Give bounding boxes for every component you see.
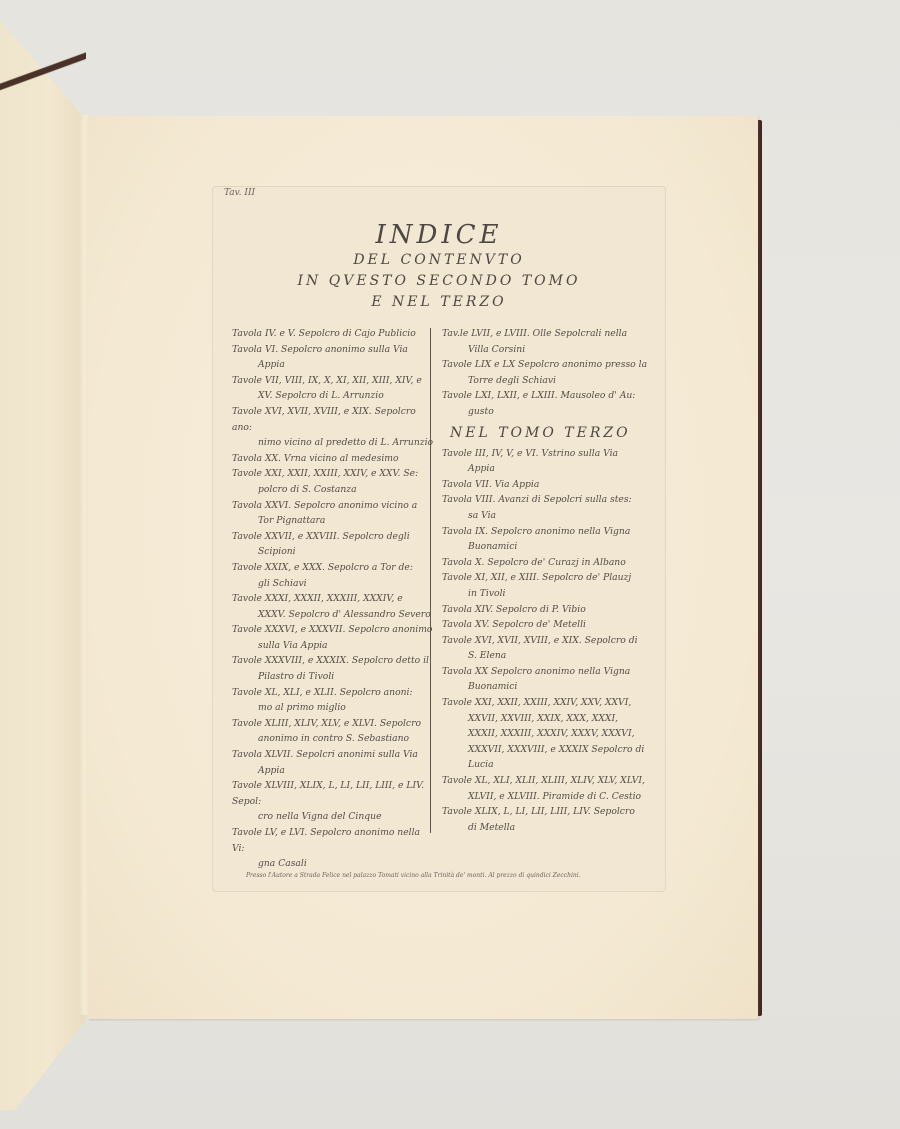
index-entry: Tavole XVI, XVII, XVIII, e XIX. Sepolcro… bbox=[442, 633, 657, 664]
entry-line: Tavole XVI, XVII, XVIII, e XIX. Sepolcro… bbox=[232, 406, 416, 433]
left-column: Tavola IV. e V. Sepolcro di Cajo Publici… bbox=[232, 326, 434, 872]
index-entry: Tavola XIV. Sepolcro di P. Vibio bbox=[442, 602, 657, 618]
index-entry: Tavole XVI, XVII, XVIII, e XIX. Sepolcro… bbox=[232, 404, 434, 451]
entry-continuation: XXXVII, XXXVIII, e XXXIX Sepolcro di Luc… bbox=[442, 742, 657, 773]
index-entry: Tavole XXXI, XXXII, XXXIII, XXXIV, eXXXV… bbox=[232, 591, 434, 622]
index-entry: Tavole XLIX, L, LI, LII, LIII, LIV. Sepo… bbox=[442, 804, 657, 835]
entry-continuation: gna Casali bbox=[232, 856, 434, 872]
section-heading-tomo-terzo: NEL TOMO TERZO bbox=[450, 422, 657, 444]
subtitle-line-2: IN QVESTO SECONDO TOMO bbox=[212, 271, 666, 292]
index-entry: Tavola VIII. Avanzi di Sepolcri sulla st… bbox=[442, 492, 657, 523]
entry-line: Tavole XL, XLI, XLII, XLIII, XLIV, XLV, … bbox=[442, 775, 645, 786]
entry-continuation: mo al primo miglio bbox=[232, 700, 434, 716]
entry-continuation: anonimo in contro S. Sebastiano bbox=[232, 731, 434, 747]
index-entry: Tavole XL, XLI, XLII, XLIII, XLIV, XLV, … bbox=[442, 773, 657, 804]
entry-line: Tavole XVI, XVII, XVIII, e XIX. Sepolcro… bbox=[442, 635, 638, 646]
entry-line: Tavole XXXI, XXXII, XXXIII, XXXIV, e bbox=[232, 593, 403, 604]
entry-continuation: cro nella Vigna del Cinque bbox=[232, 809, 434, 825]
entry-line: Tavola XV. Sepolcro de' Metelli bbox=[442, 619, 586, 630]
subtitle-line-3: E NEL TERZO bbox=[212, 292, 666, 313]
engraved-plate: Tav. III INDICE DEL CONTENVTO IN QVESTO … bbox=[212, 186, 666, 892]
index-entry: Tavola IX. Sepolcro anonimo nella VignaB… bbox=[442, 524, 657, 555]
left-page-curl bbox=[0, 20, 86, 1110]
entry-continuation: XXXII, XXXIII, XXXIV, XXXV, XXXVI, bbox=[442, 726, 657, 742]
entry-line: Tavola XXVI. Sepolcro anonimo vicino a bbox=[232, 500, 417, 511]
index-entry: Tavole LIX e LX Sepolcro anonimo presso … bbox=[442, 357, 657, 388]
entry-line: Tavole VII, VIII, IX, X, XI, XII, XIII, … bbox=[232, 375, 422, 386]
entry-line: Tavola VIII. Avanzi di Sepolcri sulla st… bbox=[442, 494, 632, 505]
entry-line: Tavola XLVII. Sepolcri anonimi sulla Via bbox=[232, 749, 418, 760]
entry-continuation: in Tivoli bbox=[442, 586, 657, 602]
entry-continuation: XXXV. Sepolcro d' Alessandro Severo bbox=[232, 607, 434, 623]
entry-line: Tavole XI, XII, e XIII. Sepolcro de' Pla… bbox=[442, 572, 631, 583]
entry-continuation: Scipioni bbox=[232, 544, 434, 560]
index-entry: Tav.le LVII, e LVIII. Olle Sepolcrali ne… bbox=[442, 326, 657, 357]
index-entry: Tavola VI. Sepolcro anonimo sulla ViaApp… bbox=[232, 342, 434, 373]
entry-continuation: sulla Via Appia bbox=[232, 638, 434, 654]
entry-line: Tav.le LVII, e LVIII. Olle Sepolcrali ne… bbox=[442, 328, 627, 339]
entry-line: Tavole XXVII, e XXVIII. Sepolcro degli bbox=[232, 531, 410, 542]
index-entry: Tavole LV, e LVI. Sepolcro anonimo nella… bbox=[232, 825, 434, 872]
index-title: INDICE bbox=[212, 220, 666, 250]
index-entry: Tavole XLIII, XLIV, XLV, e XLVI. Sepolcr… bbox=[232, 716, 434, 747]
entry-line: Tavole XXXVI, e XXXVII. Sepolcro anonimo bbox=[232, 624, 432, 635]
entry-line: Tavole XXI, XXII, XXIII, XXIV, XXV, XXVI… bbox=[442, 697, 631, 708]
plate-number: Tav. III bbox=[224, 188, 255, 198]
index-entry: Tavola XV. Sepolcro de' Metelli bbox=[442, 617, 657, 633]
entry-line: Tavole LXI, LXII, e LXIII. Mausoleo d' A… bbox=[442, 390, 635, 401]
entry-line: Tavola XIV. Sepolcro di P. Vibio bbox=[442, 604, 586, 615]
entry-line: Tavola VII. Via Appia bbox=[442, 479, 539, 490]
entry-continuation: XXVII, XXVIII, XXIX, XXX, XXXI, bbox=[442, 711, 657, 727]
entry-continuation: Tor Pignattara bbox=[232, 513, 434, 529]
index-entry: Tavole XXXVI, e XXXVII. Sepolcro anonimo… bbox=[232, 622, 434, 653]
index-entry: Tavole XXIX, e XXX. Sepolcro a Tor de:gl… bbox=[232, 560, 434, 591]
index-entry: Tavola XX Sepolcro anonimo nella VignaBu… bbox=[442, 664, 657, 695]
index-entry: Tavole XXI, XXII, XXIII, XXIV, XXV, XXVI… bbox=[442, 695, 657, 773]
entry-line: Tavole XLIII, XLIV, XLV, e XLVI. Sepolcr… bbox=[232, 718, 421, 729]
entry-line: Tavole XXXVIII, e XXXIX. Sepolcro detto … bbox=[232, 655, 429, 666]
entry-line: Tavole XL, XLI, e XLII. Sepolcro anoni: bbox=[232, 687, 413, 698]
entry-line: Tavole LV, e LVI. Sepolcro anonimo nella… bbox=[232, 827, 420, 854]
index-entry: Tavole XL, XLI, e XLII. Sepolcro anoni:m… bbox=[232, 685, 434, 716]
entry-continuation: XLVII, e XLVIII. Piramide di C. Cestio bbox=[442, 789, 657, 805]
index-entry: Tavole VII, VIII, IX, X, XI, XII, XIII, … bbox=[232, 373, 434, 404]
entry-continuation: Appia bbox=[232, 357, 434, 373]
index-entry: Tavola VII. Via Appia bbox=[442, 477, 657, 493]
entry-line: Tavole LIX e LX Sepolcro anonimo presso … bbox=[442, 359, 647, 370]
entry-continuation: gli Schiavi bbox=[232, 576, 434, 592]
index-entry: Tavole XXVII, e XXVIII. Sepolcro degliSc… bbox=[232, 529, 434, 560]
entry-line: Tavole XLIX, L, LI, LII, LIII, LIV. Sepo… bbox=[442, 806, 635, 817]
index-entry: Tavole XXXVIII, e XXXIX. Sepolcro detto … bbox=[232, 653, 434, 684]
entry-continuation: polcro di S. Costanza bbox=[232, 482, 434, 498]
entry-continuation: Pilastro di Tivoli bbox=[232, 669, 434, 685]
index-entry: Tavola XXVI. Sepolcro anonimo vicino aTo… bbox=[232, 498, 434, 529]
entry-line: Tavole XXIX, e XXX. Sepolcro a Tor de: bbox=[232, 562, 413, 573]
entry-continuation: di Metella bbox=[442, 820, 657, 836]
entry-continuation: Torre degli Schiavi bbox=[442, 373, 657, 389]
entry-continuation: Villa Corsini bbox=[442, 342, 657, 358]
publisher-imprint: Presso l'Autore a Strada Felice nel pala… bbox=[246, 872, 666, 879]
index-entry: Tavole XXI, XXII, XXIII, XXIV, e XXV. Se… bbox=[232, 466, 434, 497]
index-entry: Tavola XX. Vrna vicino al medesimo bbox=[232, 451, 434, 467]
entry-continuation: S. Elena bbox=[442, 648, 657, 664]
index-entry: Tavola XLVII. Sepolcri anonimi sulla Via… bbox=[232, 747, 434, 778]
index-entry: Tavole XLVIII, XLIX, L, LI, LII, LIII, e… bbox=[232, 778, 434, 825]
entry-continuation: nimo vicino al predetto di L. Arrunzio bbox=[232, 435, 434, 451]
book-cover-edge bbox=[0, 20, 86, 120]
index-entry: Tavole III, IV, V, e VI. Vstrino sulla V… bbox=[442, 446, 657, 477]
entry-line: Tavole XXI, XXII, XXIII, XXIV, e XXV. Se… bbox=[232, 468, 418, 479]
subtitle-line-1: DEL CONTENVTO bbox=[212, 250, 666, 271]
index-entry: Tavole LXI, LXII, e LXIII. Mausoleo d' A… bbox=[442, 388, 657, 419]
entry-line: Tavole III, IV, V, e VI. Vstrino sulla V… bbox=[442, 448, 618, 459]
title-block: INDICE DEL CONTENVTO IN QVESTO SECONDO T… bbox=[212, 220, 666, 313]
entry-line: Tavola XX. Vrna vicino al medesimo bbox=[232, 453, 399, 464]
index-entry: Tavole XI, XII, e XIII. Sepolcro de' Pla… bbox=[442, 570, 657, 601]
entry-continuation: XV. Sepolcro di L. Arrunzio bbox=[232, 388, 434, 404]
entry-continuation: Appia bbox=[442, 461, 657, 477]
index-entry: Tavola IV. e V. Sepolcro di Cajo Publici… bbox=[232, 326, 434, 342]
index-entry: Tavola X. Sepolcro de' Curazj in Albano bbox=[442, 555, 657, 571]
entry-continuation: Buonamici bbox=[442, 539, 657, 555]
entry-continuation: Appia bbox=[232, 763, 434, 779]
entry-line: Tavola IV. e V. Sepolcro di Cajo Publici… bbox=[232, 328, 416, 339]
entry-continuation: Buonamici bbox=[442, 679, 657, 695]
entry-line: Tavola IX. Sepolcro anonimo nella Vigna bbox=[442, 526, 630, 537]
entry-line: Tavola XX Sepolcro anonimo nella Vigna bbox=[442, 666, 630, 677]
entry-line: Tavola X. Sepolcro de' Curazj in Albano bbox=[442, 557, 626, 568]
right-column: Tav.le LVII, e LVIII. Olle Sepolcrali ne… bbox=[442, 326, 657, 835]
entry-line: Tavole XLVIII, XLIX, L, LI, LII, LIII, e… bbox=[232, 780, 424, 807]
entry-continuation: gusto bbox=[442, 404, 657, 420]
entry-continuation: sa Via bbox=[442, 508, 657, 524]
entry-line: Tavola VI. Sepolcro anonimo sulla Via bbox=[232, 344, 408, 355]
